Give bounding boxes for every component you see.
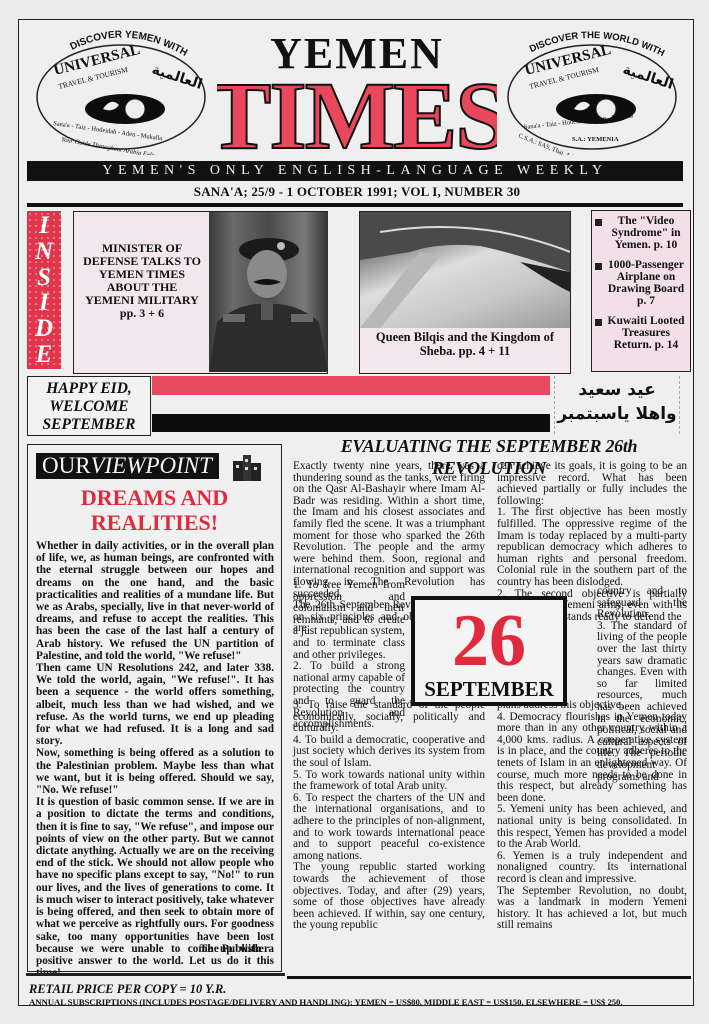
travel-logo-icon: DISCOVER YEMEN WITH US UNIVERSAL TRAVEL … (33, 25, 209, 155)
masthead-rule (27, 203, 683, 207)
universal-travel-ad-left: DISCOVER YEMEN WITH US UNIVERSAL TRAVEL … (33, 25, 209, 155)
svg-text:العالمية: العالمية (150, 62, 204, 93)
square-bullet-icon (595, 263, 602, 270)
svg-text:S.A.: YEMENIA: S.A.: YEMENIA (572, 136, 619, 143)
editorial-body: Whether in daily activities, or in the o… (36, 540, 274, 979)
issue-dateline: SANA'A; 25/9 - 1 OCTOBER 1991; VOL I, NU… (19, 184, 695, 200)
subscription-rates: ANNUAL SUBSCRIPTIONS (INCLUDES POSTAGE/D… (29, 997, 622, 1007)
tagline-bar: YEMEN'S ONLY ENGLISH-LANGUAGE WEEKLY (27, 161, 683, 181)
svg-text:العالمية: العالمية (621, 62, 675, 93)
eid-greeting-arabic: عيد سعيد واهلا ياسبتمبر (554, 376, 680, 434)
article-col1-rest: 3. To raise the standard of the people e… (293, 700, 485, 932)
teaser-kuwaiti-treasures[interactable]: Kuwaiti Looted Treasures Return. p. 14 (595, 315, 687, 351)
our-viewpoint-editorial: OURVIEWPOINT DREAMS AND REALITIES! Wheth… (27, 444, 282, 972)
feature-queen-bilqis[interactable]: Queen Bilqis and the Kingdom of Sheba. p… (359, 211, 571, 374)
flag-black-stripe (152, 414, 550, 432)
square-bullet-icon (595, 219, 602, 226)
article-col2-rest: plans address this objective. 4. Democra… (497, 700, 687, 932)
sheba-caption: Queen Bilqis and the Kingdom of Sheba. p… (360, 330, 570, 358)
26-september-callout: 26 SEPTEMBER (411, 596, 567, 706)
eid-greeting-english: HAPPY EID, WELCOME SEPTEMBER (27, 376, 151, 436)
inside-teasers: The "Video Syndrome" in Yemen. p. 10 100… (591, 210, 691, 372)
inside-label: I N S I D E (27, 211, 61, 369)
teaser-airplane[interactable]: 1000-Passenger Airplane on Drawing Board… (595, 259, 687, 307)
article-bottom-rule (287, 976, 691, 979)
sheba-photo (360, 212, 570, 328)
viewpoint-header: OURVIEWPOINT (36, 453, 219, 479)
editorial-title: DREAMS AND REALITIES! (28, 485, 281, 535)
universal-travel-ad-right: DISCOVER THE WORLD WITH US UNIVERSAL TRA… (504, 25, 680, 155)
newspaper-page: DISCOVER YEMEN WITH US UNIVERSAL TRAVEL … (18, 19, 694, 1006)
svg-text:TIMES: TIMES (217, 62, 497, 160)
minister-photo (209, 212, 328, 372)
flag-red-stripe (152, 376, 550, 395)
feature-minister-of-defense[interactable]: MINISTER OF DEFENSE TALKS TO YEMEN TIMES… (73, 211, 328, 374)
travel-logo-icon: DISCOVER THE WORLD WITH US UNIVERSAL TRA… (504, 25, 680, 155)
feature-minister-caption: MINISTER OF DEFENSE TALKS TO YEMEN TIMES… (82, 242, 202, 320)
square-bullet-icon (595, 319, 602, 326)
retail-price: RETAIL PRICE PER COPY = 10 Y.R. (29, 982, 226, 997)
yemen-times-logo: YEMEN TIMES (217, 24, 497, 160)
teaser-video-syndrome[interactable]: The "Video Syndrome" in Yemen. p. 10 (595, 215, 687, 251)
building-icon (231, 451, 263, 481)
editorial-signature: The Publisher (200, 943, 269, 955)
